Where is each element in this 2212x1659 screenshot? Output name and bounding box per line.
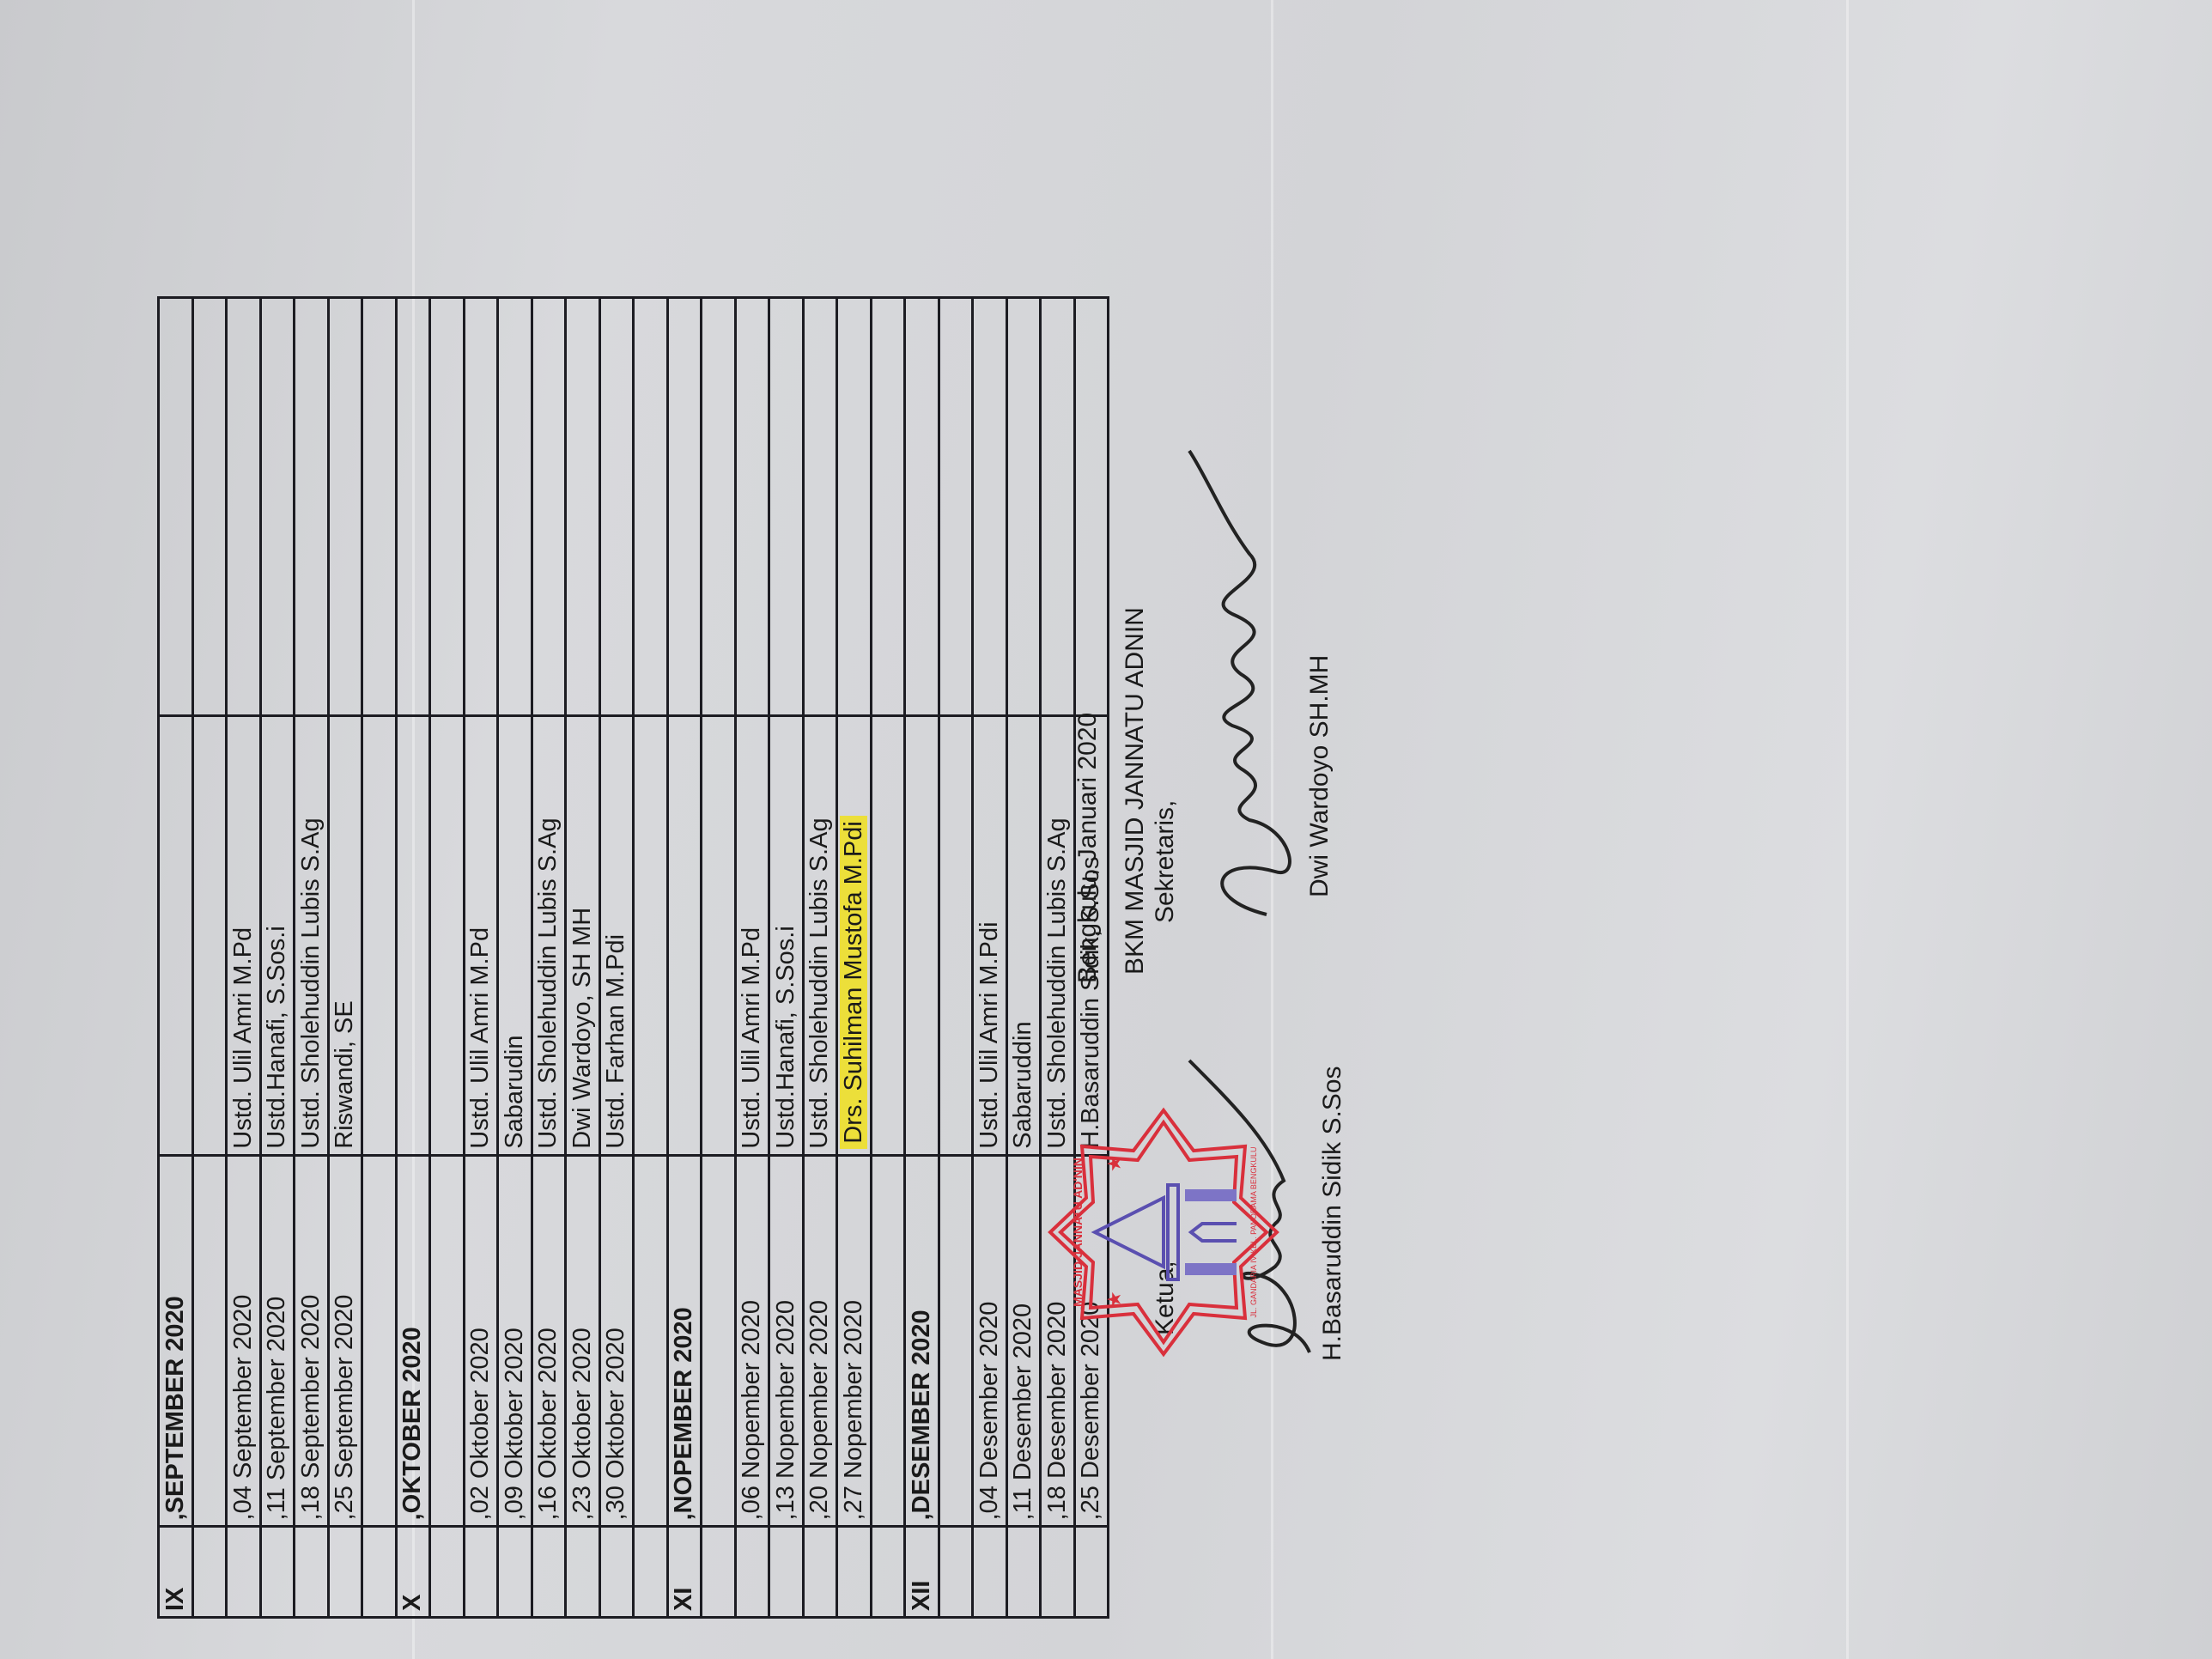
khatib-name: Ustd. Sholehuddin Lubis S.Ag	[803, 716, 837, 1155]
svg-text:JL. GANDARIA IV KEL. PANORAMA: JL. GANDARIA IV KEL. PANORAMA BENGKULU	[1249, 1147, 1258, 1318]
cell-no	[192, 1527, 227, 1618]
cell-extra	[769, 298, 804, 716]
friday-date: ,18 September 2020	[295, 1155, 329, 1527]
cell-extra	[599, 298, 634, 716]
khatib-name: Ustd. Sholehuddin Lubis S.Ag	[295, 716, 329, 1155]
cell-extra	[192, 298, 227, 716]
month-header-row: X,OKTOBER 2020	[396, 298, 430, 1618]
cell-no	[498, 1527, 532, 1618]
table-row: ,06 Nopember 2020Ustd. Ulil Amri M.Pd	[735, 298, 769, 1618]
friday-date: ,13 Nopember 2020	[769, 1155, 804, 1527]
friday-date: ,30 Oktober 2020	[599, 1155, 634, 1527]
cell-no	[803, 1527, 837, 1618]
place-date: Bengkulu, Januari 2020	[1073, 713, 1103, 983]
highlighted-name: Drs. Suhilman Mustofa M.Pdi	[840, 816, 867, 1149]
cell-no	[871, 1527, 905, 1618]
cell-name	[702, 716, 736, 1155]
cell-extra	[295, 298, 329, 716]
blank-row	[871, 298, 905, 1618]
friday-date: ,02 Oktober 2020	[464, 1155, 498, 1527]
cell-date	[702, 1155, 736, 1527]
friday-date: ,16 Oktober 2020	[532, 1155, 566, 1527]
cell-no	[464, 1527, 498, 1618]
cell-no	[227, 1527, 261, 1618]
cell-extra	[532, 298, 566, 716]
cell-no	[1041, 1527, 1075, 1618]
secretary-label: Sekretaris,	[1151, 800, 1180, 923]
cell-no	[769, 1527, 804, 1618]
cell-extra	[735, 298, 769, 716]
cell-name	[396, 716, 430, 1155]
cell-extra	[1041, 298, 1075, 716]
table-row: ,23 Oktober 2020Dwi Wardoyo, SH MH	[566, 298, 600, 1618]
table-row: ,16 Oktober 2020Ustd. Sholehuddin Lubis …	[532, 298, 566, 1618]
cell-extra	[159, 298, 193, 716]
cell-no	[430, 1527, 465, 1618]
table-row: ,09 Oktober 2020Sabarudin	[498, 298, 532, 1618]
friday-date: ,11 September 2020	[260, 1155, 295, 1527]
cell-extra	[396, 298, 430, 716]
blank-row	[634, 298, 668, 1618]
cell-no	[566, 1527, 600, 1618]
month-title: ,SEPTEMBER 2020	[159, 1155, 193, 1527]
cell-date	[430, 1155, 465, 1527]
paper-fold-line	[1846, 0, 1849, 1659]
cell-name	[905, 716, 939, 1155]
cell-extra	[803, 298, 837, 716]
friday-date: ,06 Nopember 2020	[735, 1155, 769, 1527]
cell-extra	[328, 298, 362, 716]
khatib-name: Ustd. Ulil Amri M.Pd	[464, 716, 498, 1155]
friday-date: ,09 Oktober 2020	[498, 1155, 532, 1527]
table-row: ,02 Oktober 2020Ustd. Ulil Amri M.Pd	[464, 298, 498, 1618]
table-row: ,30 Oktober 2020Ustd. Farhan M.Pdi	[599, 298, 634, 1618]
cell-no	[295, 1527, 329, 1618]
cell-date	[871, 1155, 905, 1527]
organization-name: BKM MASJID JANNATU ADNIN	[1121, 607, 1150, 975]
month-header-row: XI,NOPEMBER 2020	[667, 298, 702, 1618]
cell-extra	[667, 298, 702, 716]
cell-no	[532, 1527, 566, 1618]
friday-date: ,04 September 2020	[227, 1155, 261, 1527]
khatib-name: Dwi Wardoyo, SH MH	[566, 716, 600, 1155]
month-title: ,NOPEMBER 2020	[667, 1155, 702, 1527]
cell-extra	[464, 298, 498, 716]
friday-date: ,27 Nopember 2020	[837, 1155, 872, 1527]
svg-text:★: ★	[1103, 1155, 1125, 1172]
cell-extra	[1006, 298, 1041, 716]
cell-extra	[227, 298, 261, 716]
cell-no	[973, 1527, 1007, 1618]
friday-date: ,11 Desember 2020	[1006, 1155, 1041, 1527]
khatib-name: Ustd. Farhan M.Pdi	[599, 716, 634, 1155]
cell-name	[634, 716, 668, 1155]
blank-row	[939, 298, 973, 1618]
table-row: ,11 Desember 2020Sabaruddin	[1006, 298, 1041, 1618]
table-row: ,18 Desember 2020Ustd. Sholehuddin Lubis…	[1041, 298, 1075, 1618]
cell-extra	[498, 298, 532, 716]
blank-row	[430, 298, 465, 1618]
friday-date: ,25 September 2020	[328, 1155, 362, 1527]
cell-date	[362, 1155, 397, 1527]
mosque-stamp-icon: MASJID JANNATU AD'NIN JL. GANDARIA IV KE…	[1043, 1103, 1284, 1361]
cell-extra	[362, 298, 397, 716]
khatib-name: Ustd. Ulil Amri M.Pd	[735, 716, 769, 1155]
cell-name	[667, 716, 702, 1155]
blank-row	[362, 298, 397, 1618]
cell-no	[599, 1527, 634, 1618]
khatib-name: Ustd. Ulil Amri M.Pd	[227, 716, 261, 1155]
khatib-name: Ustd.Hanafi, S.Sos.i	[769, 716, 804, 1155]
cell-name	[192, 716, 227, 1155]
cell-date	[939, 1155, 973, 1527]
cell-extra	[905, 298, 939, 716]
cell-name	[939, 716, 973, 1155]
table-row: ,04 Desember 2020Ustd. Ulil Amri M.Pdi	[973, 298, 1007, 1618]
svg-text:★: ★	[1103, 1291, 1125, 1308]
khatib-name: Sabaruddin	[1006, 716, 1041, 1155]
month-number: XI	[667, 1527, 702, 1618]
khatib-name: Ustd. Ulil Amri M.Pdi	[973, 716, 1007, 1155]
blank-row	[702, 298, 736, 1618]
cell-no	[260, 1527, 295, 1618]
month-title: ,OKTOBER 2020	[396, 1155, 430, 1527]
cell-no	[735, 1527, 769, 1618]
khatib-name: Riswandi, SE	[328, 716, 362, 1155]
cell-extra	[634, 298, 668, 716]
friday-date: ,04 Desember 2020	[973, 1155, 1007, 1527]
table-row: ,27 Nopember 2020Drs. Suhilman Mustofa M…	[837, 298, 872, 1618]
friday-date: ,23 Oktober 2020	[566, 1155, 600, 1527]
cell-no	[837, 1527, 872, 1618]
secretary-signature-icon	[1181, 442, 1318, 923]
svg-text:MASJID JANNATU AD'NIN: MASJID JANNATU AD'NIN	[1071, 1158, 1085, 1307]
month-number: XII	[905, 1527, 939, 1618]
cell-date	[192, 1155, 227, 1527]
cell-extra	[973, 298, 1007, 716]
blank-row	[192, 298, 227, 1618]
cell-name	[362, 716, 397, 1155]
table-row: ,20 Nopember 2020Ustd. Sholehuddin Lubis…	[803, 298, 837, 1618]
month-title: ,DESEMBER 2020	[905, 1155, 939, 1527]
cell-extra	[871, 298, 905, 716]
cell-no	[328, 1527, 362, 1618]
cell-extra	[702, 298, 736, 716]
month-header-row: IX,SEPTEMBER 2020	[159, 298, 193, 1618]
khatib-name: Ustd.Hanafi, S.Sos.i	[260, 716, 295, 1155]
friday-date: ,20 Nopember 2020	[803, 1155, 837, 1527]
rotated-document: IX,SEPTEMBER 2020,04 September 2020Ustd.…	[150, 167, 1267, 1644]
khatib-schedule-table: IX,SEPTEMBER 2020,04 September 2020Ustd.…	[157, 296, 1109, 1619]
table-row: ,04 September 2020Ustd. Ulil Amri M.Pd	[227, 298, 261, 1618]
khatib-name: Ustd. Sholehuddin Lubis S.Ag	[1041, 716, 1075, 1155]
cell-date	[634, 1155, 668, 1527]
cell-extra	[566, 298, 600, 716]
table-row: ,25 September 2020Riswandi, SE	[328, 298, 362, 1618]
month-number: X	[396, 1527, 430, 1618]
cell-no	[634, 1527, 668, 1618]
cell-name	[871, 716, 905, 1155]
cell-name	[430, 716, 465, 1155]
table-row: ,18 September 2020Ustd. Sholehuddin Lubi…	[295, 298, 329, 1618]
cell-extra	[939, 298, 973, 716]
khatib-name: Drs. Suhilman Mustofa M.Pdi	[837, 716, 872, 1155]
table-row: ,13 Nopember 2020Ustd.Hanafi, S.Sos.i	[769, 298, 804, 1618]
cell-name	[159, 716, 193, 1155]
cell-no	[702, 1527, 736, 1618]
khatib-name: Ustd. Sholehuddin Lubis S.Ag	[532, 716, 566, 1155]
khatib-name: Sabarudin	[498, 716, 532, 1155]
cell-extra	[430, 298, 465, 716]
cell-extra	[1074, 298, 1109, 716]
cell-extra	[837, 298, 872, 716]
cell-no	[939, 1527, 973, 1618]
cell-no	[362, 1527, 397, 1618]
photographed-paper: IX,SEPTEMBER 2020,04 September 2020Ustd.…	[0, 0, 2212, 1659]
cell-extra	[260, 298, 295, 716]
table-row: ,11 September 2020Ustd.Hanafi, S.Sos.i	[260, 298, 295, 1618]
month-number: IX	[159, 1527, 193, 1618]
cell-no	[1074, 1527, 1109, 1618]
cell-no	[1006, 1527, 1041, 1618]
month-header-row: XII,DESEMBER 2020	[905, 298, 939, 1618]
